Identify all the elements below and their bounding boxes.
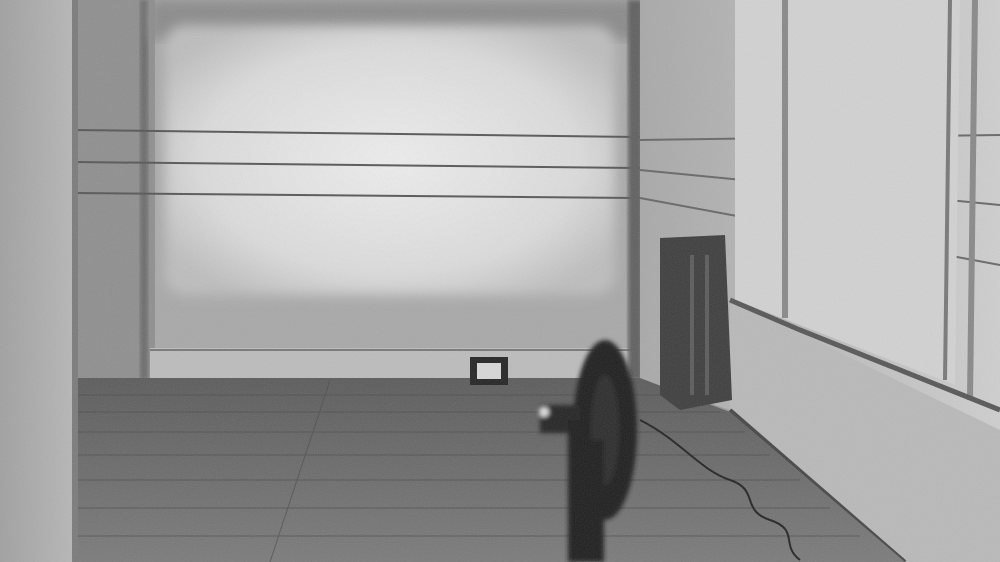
film-grain [0,0,1000,562]
scene-illustration [0,0,1000,562]
photograph-scene [0,0,1000,562]
